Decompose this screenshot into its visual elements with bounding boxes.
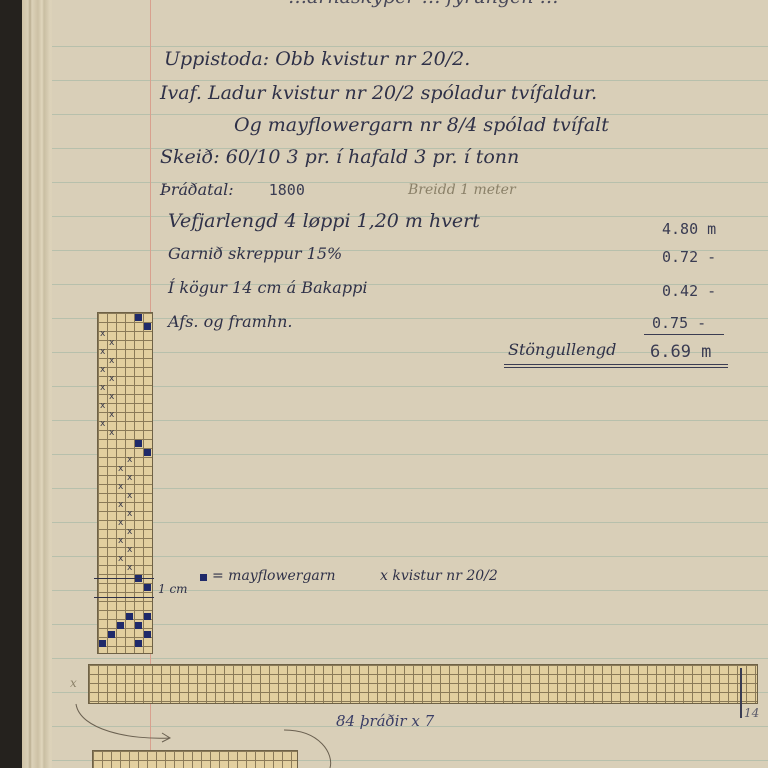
thread-count-line: Þráðatal: 1800 [160, 180, 305, 199]
calc-row-3-value: 0.42 - [662, 282, 716, 300]
reed-line: Skeið: 60/10 3 pr. í hafald 3 pr. í tonn [160, 146, 519, 168]
cross-mark: x [127, 545, 132, 555]
total-double-underline-2 [504, 367, 728, 368]
sum-underline [644, 334, 724, 335]
mayflower-square [135, 640, 142, 647]
page-heading: …arnaskyper … fyrungen … [288, 0, 559, 8]
cross-mark: x [100, 401, 105, 411]
total-double-underline-1 [504, 364, 728, 365]
cross-mark: x [118, 554, 123, 564]
calc-row-4-label: Afs. og framhn. [168, 312, 293, 331]
reed-label: Skeið: [160, 146, 220, 168]
cross-mark: x [127, 563, 132, 573]
cross-mark: x [100, 365, 105, 375]
threading-draft-vertical: x x x x x x x x x x x x x x x x x x x x … [97, 312, 153, 654]
cross-mark: x [127, 455, 132, 465]
mayflower-square [99, 640, 106, 647]
total-label: Stöngullengd [508, 340, 616, 359]
scale-label: 1 cm [158, 582, 188, 596]
weft-line: Ivaf. Ladur kvistur nr 20/2 spóladur tví… [160, 82, 597, 104]
mayflower-square [135, 622, 142, 629]
total-value: 6.69 m [650, 342, 711, 362]
cross-mark: x [118, 518, 123, 528]
mayflower-square [117, 622, 124, 629]
mayflower-square [144, 613, 151, 620]
calc-row-1-value: 4.80 m [662, 220, 716, 238]
thread-count-label: Þráðatal: [160, 180, 234, 199]
weft-text: Ladur kvistur nr 20/2 spóladur tvífaldur… [208, 82, 597, 104]
cross-mark: x [127, 491, 132, 501]
cross-mark: x [109, 374, 114, 384]
notebook-page: …arnaskyper … fyrungen … Uppistoda: Obb … [52, 0, 768, 768]
repeat-bracket [740, 668, 742, 718]
cross-mark: x [100, 383, 105, 393]
pattern-draft-horizontal [88, 664, 758, 704]
cross-mark: x [100, 347, 105, 357]
side-note: 14 [744, 706, 759, 720]
width-note: Breidd 1 meter [408, 182, 516, 198]
legend-square-icon [200, 574, 207, 581]
reed-text: 60/10 3 pr. í hafald 3 pr. í tonn [226, 146, 520, 168]
warp-label: Uppistoda: [164, 48, 269, 70]
mayflower-line: Og mayflowergarn nr 8/4 spólad tvífalt [234, 114, 609, 136]
scale-mark-bottom [94, 597, 154, 598]
curved-arrow-icon [70, 700, 180, 746]
cross-mark: x [109, 356, 114, 366]
weft-label: Ivaf. [160, 82, 202, 104]
cross-mark: x [118, 536, 123, 546]
warp-text: Obb kvistur nr 20/2. [275, 48, 470, 70]
mayflower-square [135, 440, 142, 447]
legend-cross-text: x kvistur nr 20/2 [380, 568, 498, 584]
pattern-draft-lower [92, 750, 298, 768]
cross-mark: x [109, 410, 114, 420]
warp-line: Uppistoda: Obb kvistur nr 20/2. [164, 48, 470, 70]
mayflower-square [144, 631, 151, 638]
cross-mark: x [109, 392, 114, 402]
cross-mark: x [127, 527, 132, 537]
mayflower-square [108, 631, 115, 638]
cross-start-mark: x [70, 676, 77, 690]
cross-mark: x [109, 338, 114, 348]
legend-square-text: = mayflowergarn [212, 568, 335, 584]
scale-mark-top [94, 578, 154, 579]
pattern-note: 84 þráðir x 7 [336, 712, 434, 730]
cross-mark: x [118, 500, 123, 510]
calc-row-4-value: 0.75 - [652, 314, 706, 332]
calc-row-3-label: Í kögur 14 cm á Bakappi [168, 278, 367, 297]
mayflower-square [126, 613, 133, 620]
thread-count-value: 1800 [269, 181, 305, 199]
mayflower-square [135, 314, 142, 321]
cross-mark: x [127, 509, 132, 519]
cross-mark: x [127, 473, 132, 483]
cross-mark: x [118, 482, 123, 492]
mayflower-square [144, 584, 151, 591]
mayflower-square [144, 449, 151, 456]
cross-mark: x [118, 464, 123, 474]
calc-row-1-label: Vefjarlengd 4 løppi 1,20 m hvert [168, 210, 480, 232]
cross-mark: x [100, 329, 105, 339]
cross-mark: x [100, 419, 105, 429]
mayflower-square [144, 323, 151, 330]
cross-mark: x [109, 428, 114, 438]
calc-row-2-value: 0.72 - [662, 248, 716, 266]
calc-row-2-label: Garnið skreppur 15% [168, 244, 342, 263]
